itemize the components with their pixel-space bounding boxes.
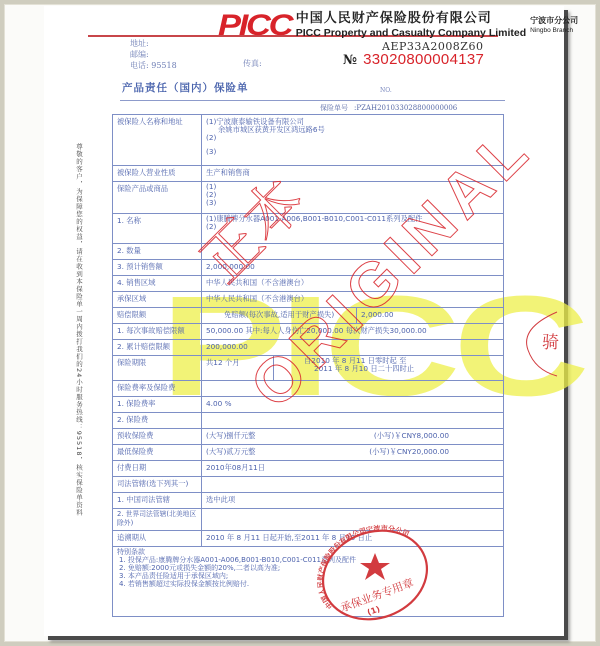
table-row: 1. 名称 (1)康腾牌分水器A001-A006,B001-B010,C001-…: [113, 214, 504, 244]
table-row: 司法管辖(选下列其一): [113, 477, 504, 493]
per-accident-value: 50,000.00 其中:每人人身伤亡20,000.00 每次财产损失30,00…: [202, 324, 504, 340]
special-terms: 特别条款 1. 投保产品:康腾牌分水器A001-A006,B001-B010,C…: [113, 547, 504, 617]
postcode-label: 邮编:: [130, 49, 177, 60]
name-value: (1)康腾牌分水器A001-A006,B001-B010,C001-C011系列…: [202, 214, 504, 244]
region-label: 4. 销售区域: [113, 276, 202, 292]
rate-value: 4.00 %: [202, 397, 504, 413]
policy-number: 保险单号:PZAH201033028800000006: [320, 103, 457, 113]
seam-seal-char: 骑: [542, 328, 559, 353]
table-row: 4. 销售区域 中华人民共和国（不含港澳台）: [113, 276, 504, 292]
table-row: 2. 累计赔偿限额 200,000.00: [113, 340, 504, 356]
table-row: 2. 数量: [113, 244, 504, 260]
premium-label: 2. 保险费: [113, 413, 202, 429]
name-value-1: (1)康腾牌分水器A001-A006,B001-B010,C001-C011系列…: [206, 215, 499, 223]
table-row: 保险费率及保险费: [113, 381, 504, 397]
table-row: 保险期限 共12 个月 自2010 年 8 月11 日零时起 至 2011 年 …: [113, 356, 504, 381]
table-row: 赔偿限额 免赔额(每次事故,适用于财产损失) 2,000.00: [113, 308, 504, 324]
serial-number: № 33020800004137: [343, 51, 484, 68]
side-note: 尊敬的客户，为保障您的权益，请在收到本保险单一周内拨打我们的24小时服务热线：9…: [72, 143, 84, 516]
jurisdiction-2-value: [202, 509, 504, 531]
fax-label: 传真:: [243, 58, 262, 69]
table-row: 付费日期 2010年08月11日: [113, 461, 504, 477]
company-name-cn: 中国人民财产保险股份有限公司: [296, 12, 526, 26]
table-row: 被保险人营业性质 生产和销售商: [113, 166, 504, 182]
premium-value: [202, 413, 504, 429]
special-term-3: 3. 本产品责任险适用于承保区域内;: [117, 572, 499, 580]
period-cell: 共12 个月 自2010 年 8 月11 日零时起 至 2011 年 8 月10…: [202, 356, 504, 381]
table-row: 承保区域 中华人民共和国（不含港澳台）: [113, 292, 504, 308]
min-figures: (小写)￥CNY20,000.00: [369, 446, 449, 457]
retro-value: 2010 年 8 月11 日起开始,至2011 年 8 月10 日止: [202, 531, 504, 547]
aggregate-value: 200,000.00: [202, 340, 504, 356]
title-rule: [120, 100, 505, 101]
contact-block: 地址: 邮编: 电话: 95518: [130, 38, 177, 71]
pay-date-value: 2010年08月11日: [202, 461, 504, 477]
special-label: 特别条款: [117, 548, 499, 556]
min-words: (大写)贰万元整: [206, 447, 255, 456]
doc-no-label: NO.: [380, 87, 392, 94]
business-value: 生产和销售商: [202, 166, 504, 182]
table-row: 最低保险费 (大写)贰万元整 (小写)￥CNY20,000.00: [113, 445, 504, 461]
special-term-1: 1. 投保产品:康腾牌分水器A001-A006,B001-B010,C001-C…: [117, 556, 499, 564]
name-label: 1. 名称: [113, 214, 202, 244]
deductible-cell: 免赔额(每次事故,适用于财产损失) 2,000.00: [202, 308, 504, 324]
phone-label: 电话: 95518: [130, 60, 177, 71]
table-row: 1. 保险费率 4.00 %: [113, 397, 504, 413]
special-term-4: 4. 若销售额超过实际投保金额按比例赔付.: [117, 580, 499, 588]
special-term-2: 2. 免赔额:2000元或损失金额的20%,二者以高为准;: [117, 564, 499, 572]
jurisdiction-1-label: 1. 中国司法管辖: [113, 493, 202, 509]
policy-number-label: 保险单号: [320, 104, 348, 112]
product-3: (3): [206, 199, 499, 207]
table-row: 3. 预计销售额 2,000,000.00: [113, 260, 504, 276]
product-1: (1): [206, 183, 499, 191]
min-premium-label: 最低保险费: [113, 445, 202, 461]
policy-number-value: :PZAH201033028800000006: [354, 104, 457, 112]
sales-value: 2,000,000.00: [202, 260, 504, 276]
name-value-2: (2): [206, 223, 499, 231]
region-value: 中华人民共和国（不含港澳台）: [202, 276, 504, 292]
product-2: (2): [206, 191, 499, 199]
address-label: 地址:: [130, 38, 177, 49]
premium-section-value: [202, 381, 504, 397]
jurisdiction-label: 司法管辖(选下列其一): [113, 477, 202, 493]
period-months: 共12 个月: [202, 356, 274, 380]
picc-logo: PICC 中国人民财产保险股份有限公司 PICC Property and Ca…: [218, 12, 578, 40]
cover-region-value: 中华人民共和国（不含港澳台）: [202, 292, 504, 308]
advance-words: (大写)捌仟元整: [206, 431, 255, 440]
sales-label: 3. 预计销售额: [113, 260, 202, 276]
limit-label: 赔偿限额: [113, 308, 202, 324]
advance-figures: (小写)￥CNY8,000.00: [374, 430, 449, 441]
product-value: (1) (2) (3): [202, 182, 504, 214]
serial-prefix: №: [343, 53, 357, 68]
table-row: 2. 世界司法管辖(北美地区除外): [113, 509, 504, 531]
table-row: 2. 保险费: [113, 413, 504, 429]
jurisdiction-1-value: 选中此项: [202, 493, 504, 509]
quantity-label: 2. 数量: [113, 244, 202, 260]
min-premium-value: (大写)贰万元整 (小写)￥CNY20,000.00: [202, 445, 504, 461]
branch-name-en: Ningbo Branch: [530, 26, 578, 36]
policy-table: 被保险人名称和地址 (1)宁波康泰输铁设备有限公司 余姚市城区获黄开发区鸿远路6…: [112, 114, 504, 617]
insured-label: 被保险人名称和地址: [113, 115, 202, 166]
jurisdiction-value: [202, 477, 504, 493]
serial-value: 33020800004137: [363, 51, 484, 68]
table-row: 保险产品或商品 (1) (2) (3): [113, 182, 504, 214]
period-to: 2011 年 8 月10 日二十四时止: [304, 365, 414, 373]
rate-label: 1. 保险费率: [113, 397, 202, 413]
per-accident-label: 1. 每次事故赔偿限额: [113, 324, 202, 340]
pay-date-label: 付费日期: [113, 461, 202, 477]
table-row: 1. 中国司法管辖 选中此项: [113, 493, 504, 509]
insured-value: (1)宁波康泰输铁设备有限公司 余姚市城区获黄开发区鸿远路6号 (2) (3): [202, 115, 504, 166]
premium-section-label: 保险费率及保险费: [113, 381, 202, 397]
advance-premium-label: 预收保险费: [113, 429, 202, 445]
branch-name-cn: 宁波市分公司: [530, 16, 578, 26]
company-name-en: PICC Property and Casualty Company Limit…: [296, 26, 526, 40]
jurisdiction-2-label: 2. 世界司法管辖(北美地区除外): [113, 509, 202, 531]
deductible-label: 免赔额(每次事故,适用于财产损失): [202, 308, 357, 323]
product-label: 保险产品或商品: [113, 182, 202, 214]
table-row: 特别条款 1. 投保产品:康腾牌分水器A001-A006,B001-B010,C…: [113, 547, 504, 617]
business-label: 被保险人营业性质: [113, 166, 202, 182]
document-title: 产品责任（国内）保险单: [122, 80, 249, 95]
quantity-value: [202, 244, 504, 260]
period-label: 保险期限: [113, 356, 202, 381]
cover-region-label: 承保区域: [113, 292, 202, 308]
table-row: 被保险人名称和地址 (1)宁波康泰输铁设备有限公司 余姚市城区获黄开发区鸿远路6…: [113, 115, 504, 166]
deductible-value: 2,000.00: [357, 308, 398, 323]
table-row: 预收保险费 (大写)捌仟元整 (小写)￥CNY8,000.00: [113, 429, 504, 445]
aggregate-label: 2. 累计赔偿限额: [113, 340, 202, 356]
table-row: 1. 每次事故赔偿限额 50,000.00 其中:每人人身伤亡20,000.00…: [113, 324, 504, 340]
retro-label: 追溯期从: [113, 531, 202, 547]
insured-3: (3): [206, 146, 499, 157]
advance-premium-value: (大写)捌仟元整 (小写)￥CNY8,000.00: [202, 429, 504, 445]
picc-logo-mark: PICC: [218, 13, 291, 39]
table-row: 追溯期从 2010 年 8 月11 日起开始,至2011 年 8 月10 日止: [113, 531, 504, 547]
